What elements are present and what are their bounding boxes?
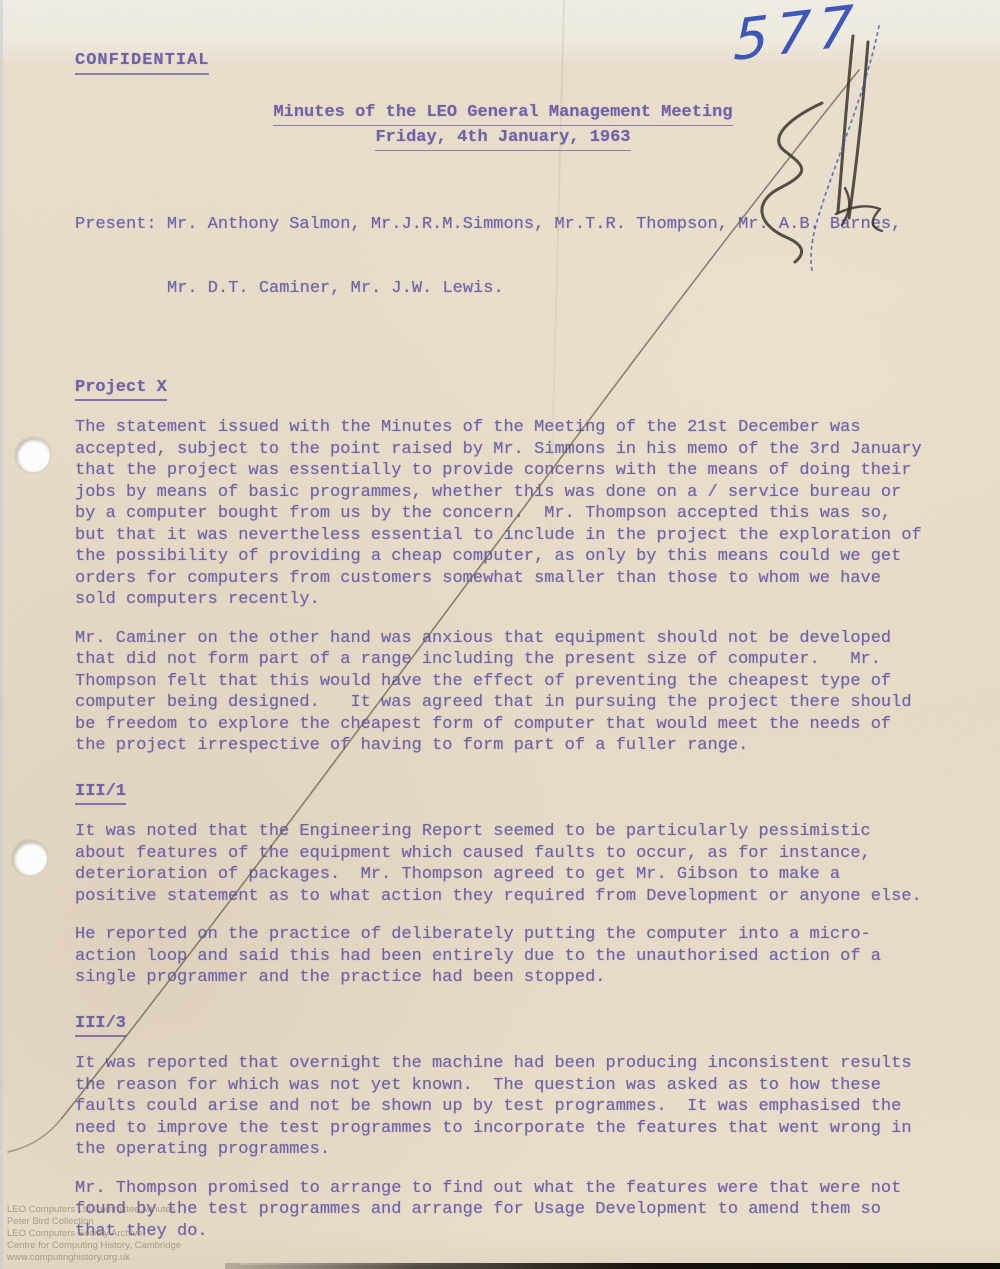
paragraph: Mr. Thompson promised to arrange to find…: [75, 1178, 931, 1243]
paragraph: It was reported that overnight the machi…: [75, 1053, 931, 1161]
paragraph: It was noted that the Engineering Report…: [75, 821, 931, 907]
punch-hole-bottom: [13, 841, 47, 875]
confidential-stamp: CONFIDENTIAL: [75, 50, 209, 75]
archive-watermark: LEO Computers Ltd Committee Minutes Pete…: [7, 1204, 181, 1264]
document-title: Minutes of the LEO General Management Me…: [75, 101, 931, 151]
punch-hole-top: [16, 438, 50, 472]
section-iii-1: III/1 It was noted that the Engineering …: [75, 781, 931, 989]
section-heading-iii-3: III/3: [75, 1013, 126, 1038]
attendees-line-2: Mr. D.T. Caminer, Mr. J.W. Lewis.: [75, 278, 931, 300]
watermark-line: LEO Computers Society Archive,: [7, 1228, 181, 1240]
watermark-line: Centre for Computing History, Cambridge: [7, 1240, 181, 1252]
section-heading-project-x: Project X: [75, 377, 167, 402]
paragraph: The statement issued with the Minutes of…: [75, 417, 931, 611]
paragraph: Mr. Caminer on the other hand was anxiou…: [75, 628, 931, 757]
scanned-document-page: CONFIDENTIAL Minutes of the LEO General …: [0, 0, 1000, 1269]
attendees-line-1: Present: Mr. Anthony Salmon, Mr.J.R.M.Si…: [75, 214, 931, 236]
scan-edge-shadow: [225, 1263, 1000, 1269]
attendees-list: Present: Mr. Anthony Salmon, Mr.J.R.M.Si…: [75, 171, 931, 343]
section-heading-iii-1: III/1: [75, 781, 126, 806]
watermark-line: www.computinghistory.org.uk: [7, 1252, 181, 1264]
watermark-line: Peter Bird Collection: [7, 1216, 181, 1228]
section-iii-3: III/3 It was reported that overnight the…: [75, 1013, 931, 1243]
watermark-line: LEO Computers Ltd Committee Minutes: [7, 1204, 181, 1216]
title-line-1: Minutes of the LEO General Management Me…: [273, 101, 732, 126]
title-line-2: Friday, 4th January, 1963: [375, 126, 630, 151]
section-project-x: Project X The statement issued with the …: [75, 377, 931, 757]
typed-document-content: CONFIDENTIAL Minutes of the LEO General …: [0, 0, 1000, 1242]
paragraph: He reported on the practice of deliberat…: [75, 924, 931, 989]
